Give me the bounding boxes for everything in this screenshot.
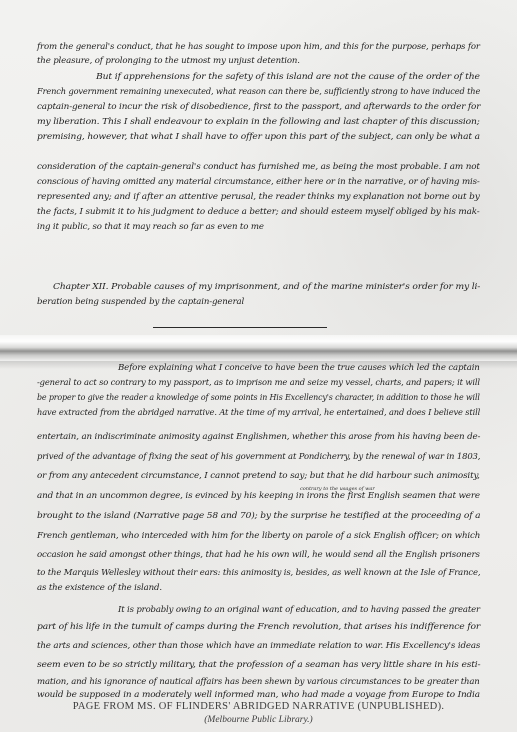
caption-source: (Melbourne Public Library.) [0, 715, 517, 725]
paper-fold-crease [0, 335, 517, 361]
manuscript-line: It is probably owing to an original want… [118, 605, 480, 615]
manuscript-line: conscious of having omitted any material… [37, 177, 480, 187]
manuscript-line: occasion he said amongst other things, t… [37, 550, 480, 560]
manuscript-line: ing it public, so that it may reach so f… [37, 222, 264, 232]
manuscript-line: the arts and sciences, other than those … [37, 641, 480, 651]
chapter-divider-rule [153, 327, 327, 328]
chapter-heading-line: beration being suspended by the captain-… [37, 297, 244, 307]
manuscript-line: premising, however, that what I shall ha… [37, 132, 480, 142]
manuscript-line: brought to the island (Narrative page 58… [37, 511, 480, 521]
manuscript-line: seem even to be so strictly military, th… [37, 660, 480, 670]
manuscript-line: prived of the advantage of fixing the se… [37, 452, 480, 462]
manuscript-line: entertain, an indiscriminate animosity a… [37, 432, 480, 442]
manuscript-line: and that in an uncommon degree, is evinc… [37, 491, 480, 501]
manuscript-line: represented any; and if after an attenti… [37, 192, 480, 202]
manuscript-page: from the general's conduct, that he has … [0, 0, 517, 732]
caption-title: PAGE FROM MS. OF FLINDERS' ABRIDGED NARR… [0, 701, 517, 712]
manuscript-line: be proper to give the reader a knowledge… [37, 393, 480, 403]
manuscript-line: the pleasure, of prolonging to the utmos… [37, 56, 300, 66]
manuscript-line: or from any antecedent circumstance, I c… [37, 471, 480, 481]
manuscript-line: -general to act so contrary to my passpo… [37, 378, 480, 388]
manuscript-line: the facts, I submit it to his judgment t… [37, 207, 480, 217]
manuscript-line: French gentleman, who interceded with hi… [37, 531, 480, 541]
manuscript-line: French government remaining unexecuted, … [37, 87, 480, 97]
manuscript-line: captain-general to incur the risk of dis… [37, 102, 480, 112]
manuscript-line: consideration of the captain-general's c… [37, 162, 480, 172]
manuscript-line: as the existence of the island. [37, 583, 162, 593]
manuscript-line: mation, and his ignorance of nautical af… [37, 677, 480, 687]
manuscript-line: to the Marquis Wellesley without their e… [37, 568, 480, 578]
chapter-heading-line: Chapter XII. Probable causes of my impri… [53, 282, 480, 292]
manuscript-line: But if apprehensions for the safety of t… [96, 72, 480, 82]
manuscript-line: my liberation. This I shall endeavour to… [37, 117, 480, 127]
manuscript-line: Before explaining what I conceive to hav… [118, 363, 480, 373]
manuscript-line: have extracted from the abridged narrati… [37, 408, 480, 418]
manuscript-line: from the general's conduct, that he has … [37, 42, 480, 52]
manuscript-line: would be supposed in a moderately well i… [37, 690, 480, 700]
manuscript-line: part of his life in the tumult of camps … [37, 622, 480, 632]
